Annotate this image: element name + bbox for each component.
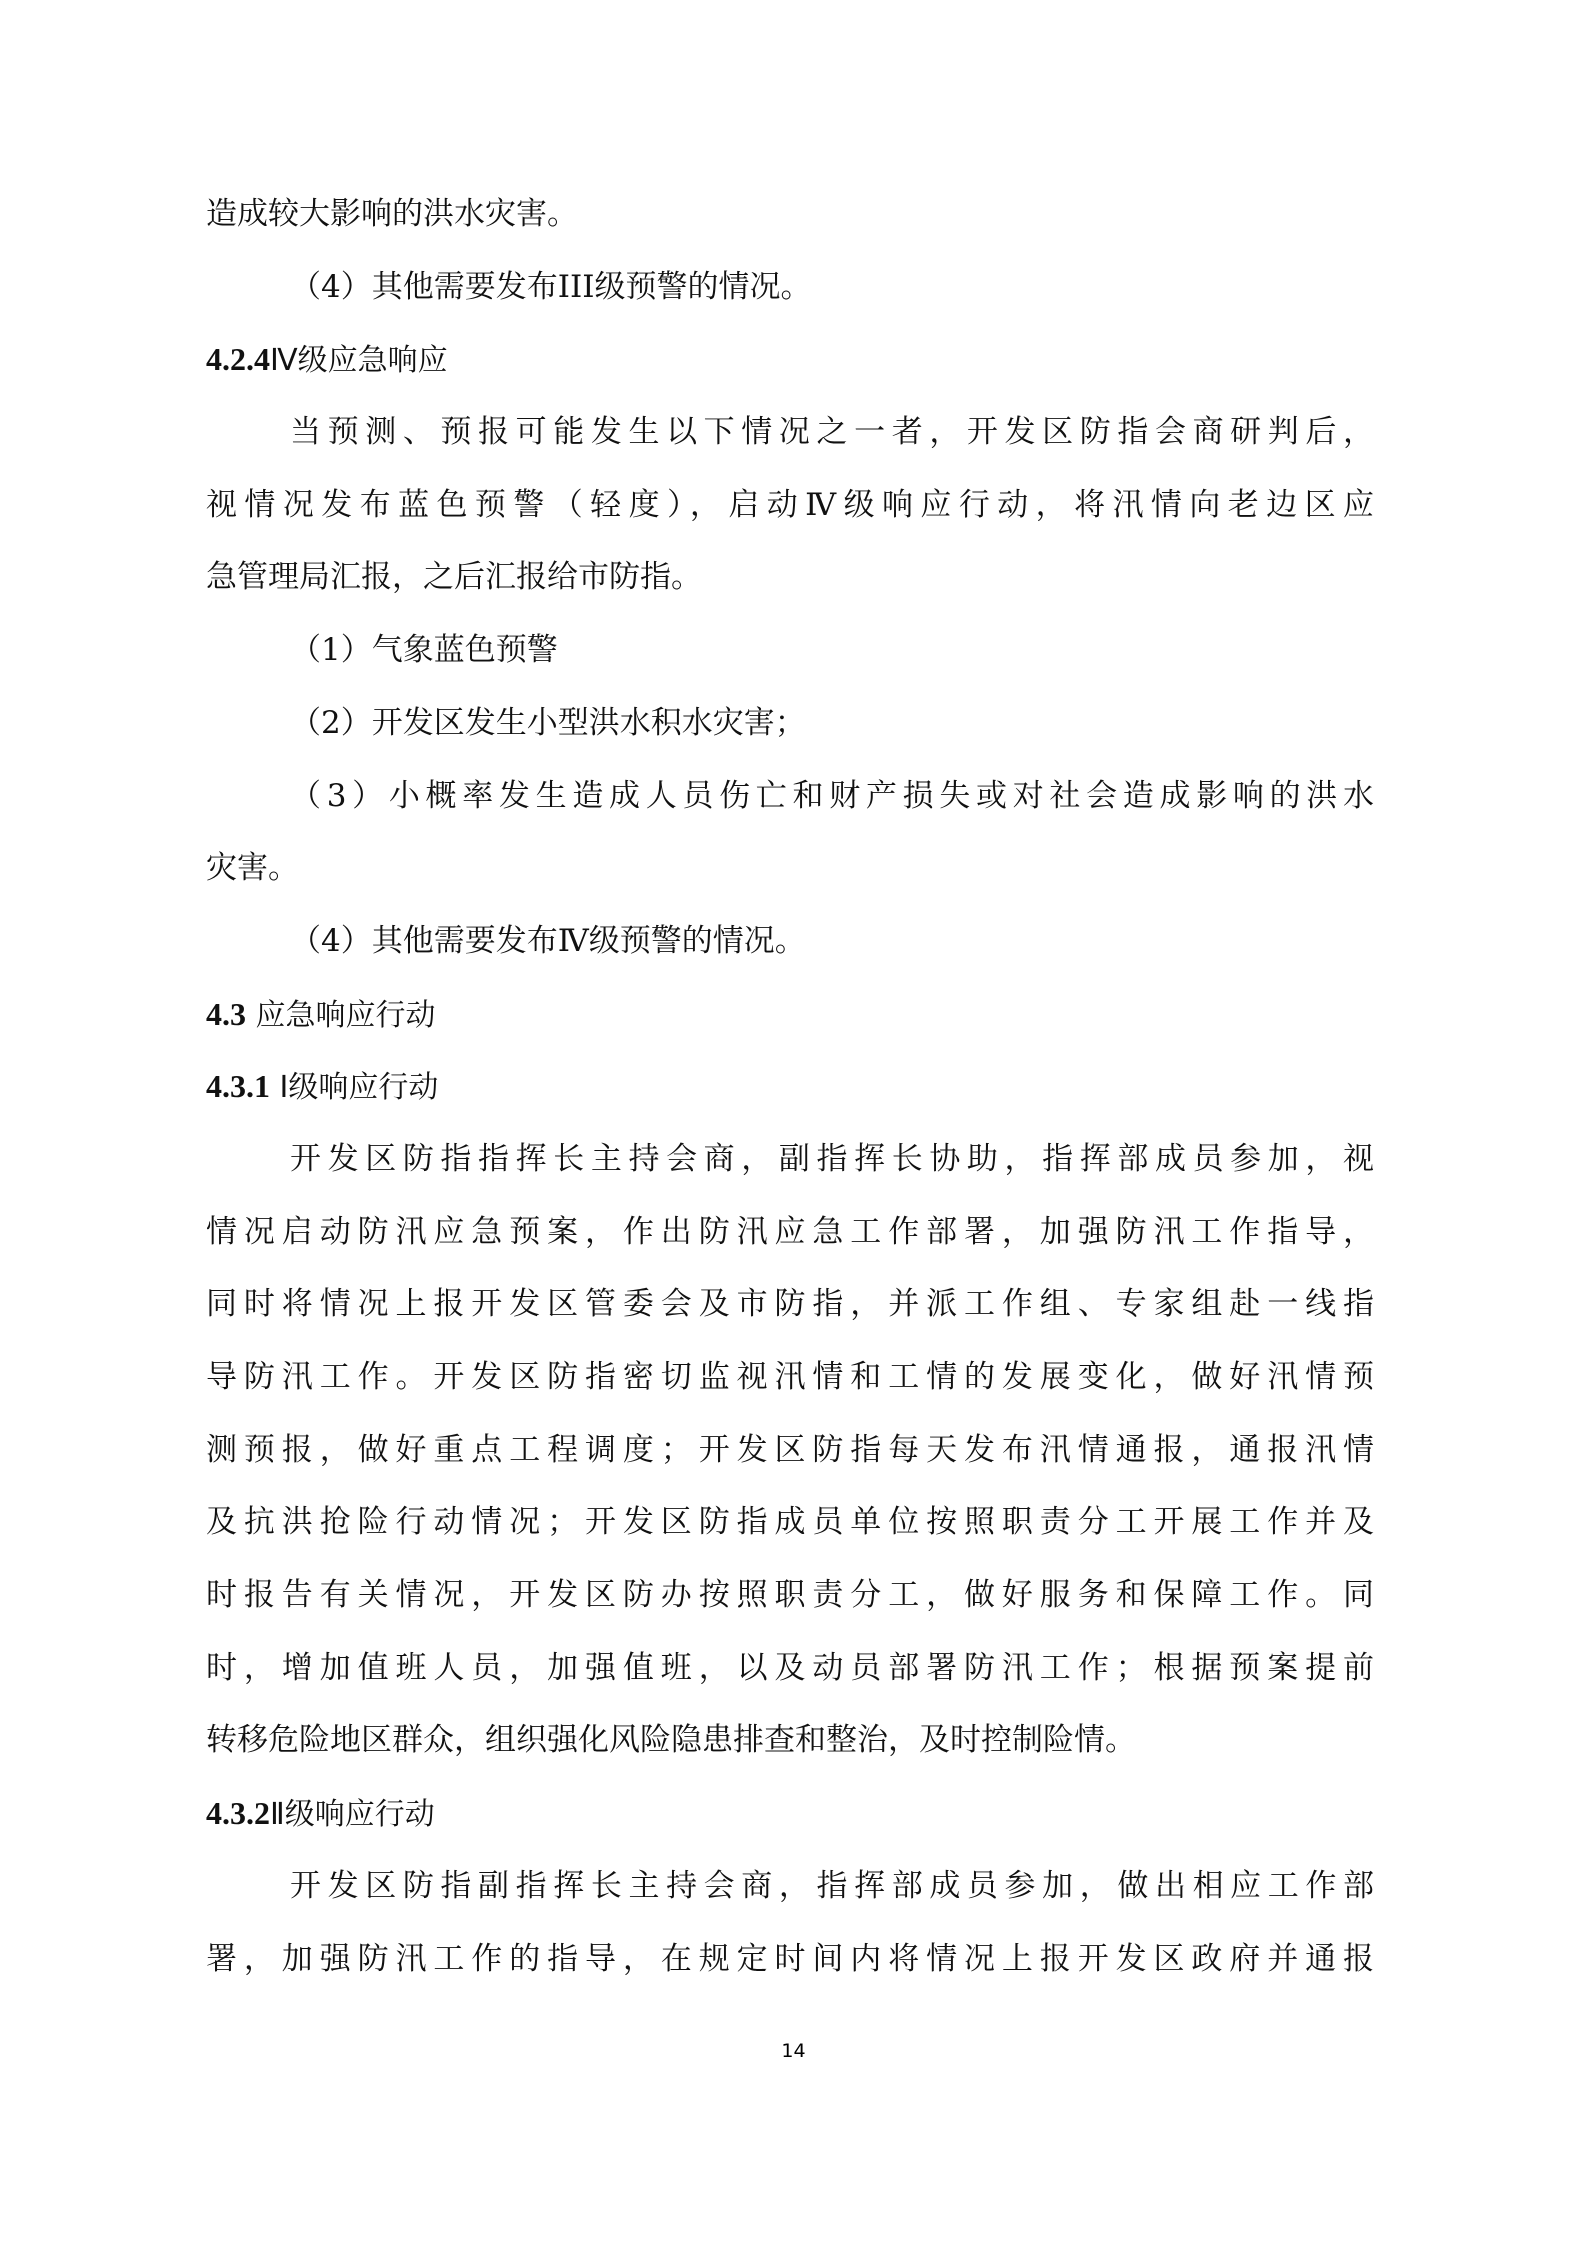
heading-title: 应急响应行动 (246, 998, 436, 1033)
text-line: 同时将情况上报开发区管委会及市防指，并派工作组、专家组赴一线指 (206, 1268, 1374, 1341)
list-item-paragraph: （3）小概率发生造成人员伤亡和财产损失或对社会造成影响的洪水 灾害。 (206, 760, 1374, 905)
text-line: 开发区防指副指挥长主持会商，指挥部成员参加，做出相应工作部 (290, 1850, 1374, 1923)
text-line: 视情况发布蓝色预警（轻度），启动Ⅳ级响应行动，将汛情向老边区应 (206, 469, 1374, 542)
text-line: 开发区防指指挥长主持会商，副指挥长协助，指挥部成员参加，视 (290, 1123, 1374, 1196)
document-page: 造成较大影响的洪水灾害。 （4）其他需要发布III级预警的情况。 4.2.4Ⅳ级… (206, 178, 1374, 1995)
text-line: 灾害。 (206, 832, 1374, 905)
list-item: （4）其他需要发布Ⅳ级预警的情况。 (206, 905, 1374, 978)
heading-title: Ⅳ级应急响应 (270, 343, 448, 378)
text-line: （4）其他需要发布Ⅳ级预警的情况。 (290, 923, 806, 959)
text-line: 时，增加值班人员，加强值班，以及动员部署防汛工作；根据预案提前 (206, 1632, 1374, 1705)
text-line: （2）开发区发生小型洪水积水灾害； (290, 705, 806, 741)
text-line: 及抗洪抢险行动情况；开发区防指成员单位按照职责分工开展工作并及 (206, 1486, 1374, 1559)
text-line: （4）其他需要发布III级预警的情况。 (290, 269, 811, 305)
heading-number: 4.3.2 (206, 1795, 270, 1831)
heading-title: Ⅰ级响应行动 (270, 1070, 438, 1105)
page-number: 14 (0, 2040, 1587, 2062)
text-line: （1）气象蓝色预警 (290, 632, 558, 668)
section-heading-4-3: 4.3 应急响应行动 (206, 978, 1374, 1051)
section-heading-4-2-4: 4.2.4Ⅳ级应急响应 (206, 323, 1374, 396)
heading-title: Ⅱ级响应行动 (270, 1797, 435, 1832)
paragraph-continuation: 造成较大影响的洪水灾害。 (206, 178, 1374, 251)
paragraph: 当预测、预报可能发生以下情况之一者，开发区防指会商研判后， 视情况发布蓝色预警（… (206, 396, 1374, 614)
section-heading-4-3-1: 4.3.1 Ⅰ级响应行动 (206, 1050, 1374, 1123)
paragraph: 开发区防指指挥长主持会商，副指挥长协助，指挥部成员参加，视 情况启动防汛应急预案… (206, 1123, 1374, 1777)
text-line: 导防汛工作。开发区防指密切监视汛情和工情的发展变化，做好汛情预 (206, 1341, 1374, 1414)
text-line: 测预报，做好重点工程调度；开发区防指每天发布汛情通报，通报汛情 (206, 1414, 1374, 1487)
heading-number: 4.2.4 (206, 341, 270, 377)
paragraph: 开发区防指副指挥长主持会商，指挥部成员参加，做出相应工作部 署，加强防汛工作的指… (206, 1850, 1374, 1995)
list-item: （2）开发区发生小型洪水积水灾害； (206, 687, 1374, 760)
heading-number: 4.3.1 (206, 1068, 270, 1104)
text-line: 急管理局汇报，之后汇报给市防指。 (206, 541, 1374, 614)
text-line: 转移危险地区群众，组织强化风险隐患排查和整治，及时控制险情。 (206, 1704, 1374, 1777)
section-heading-4-3-2: 4.3.2Ⅱ级响应行动 (206, 1777, 1374, 1850)
heading-number: 4.3 (206, 996, 246, 1032)
text-line: 署，加强防汛工作的指导，在规定时间内将情况上报开发区政府并通报 (206, 1923, 1374, 1996)
text-line: 当预测、预报可能发生以下情况之一者，开发区防指会商研判后， (290, 396, 1374, 469)
list-item: （1）气象蓝色预警 (206, 614, 1374, 687)
list-item: （4）其他需要发布III级预警的情况。 (206, 251, 1374, 324)
text-line: 情况启动防汛应急预案，作出防汛应急工作部署，加强防汛工作指导， (206, 1196, 1374, 1269)
text-line: 时报告有关情况，开发区防办按照职责分工，做好服务和保障工作。同 (206, 1559, 1374, 1632)
text-line: （3）小概率发生造成人员伤亡和财产损失或对社会造成影响的洪水 (290, 760, 1374, 833)
text-line: 造成较大影响的洪水灾害。 (206, 196, 578, 232)
